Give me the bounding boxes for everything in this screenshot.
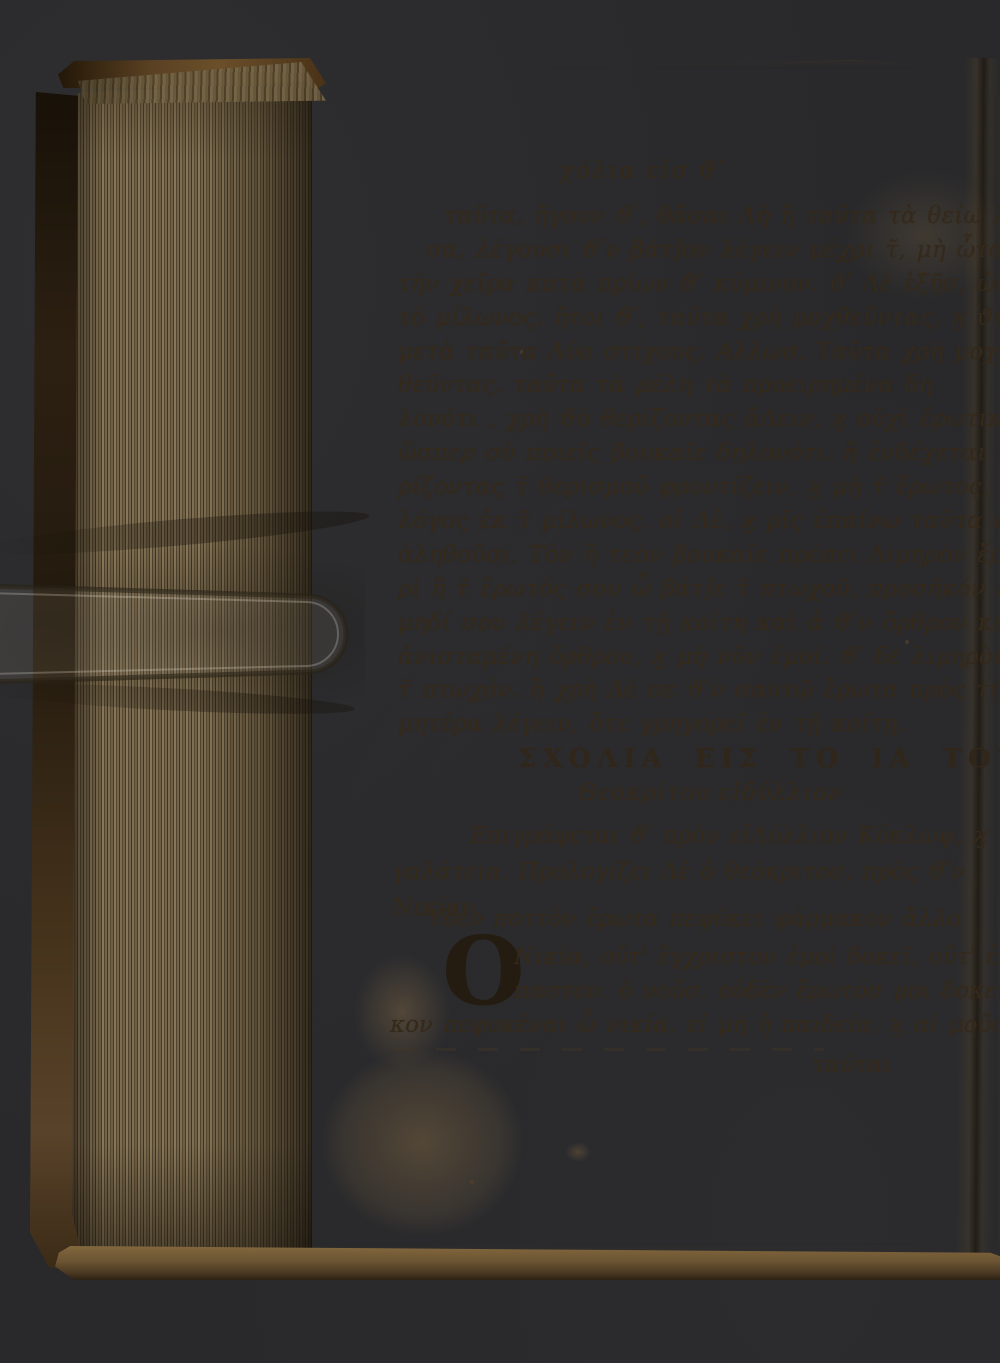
foxing-speck bbox=[470, 1180, 474, 1184]
text-line: τὸ μίλωνος. ἤτοι ϑʹ, ταῦτα χρὴ μοχθεῦντα… bbox=[398, 302, 1000, 336]
text-line: ταῦτα, ἤγουν ϑʹ, θᾶσαι Λὴ ἢ ταῦτα τὰ θεί… bbox=[398, 200, 1000, 234]
text-line: Νικία, οὔτ' ἔγχριστον ἐμοὶ δοκεῖ, οὔτ' ἐ… bbox=[514, 940, 1000, 974]
transparent-page-holder-clip bbox=[0, 540, 370, 740]
text-line: τὴν χεῖρα κατὰ πρίων ϑʹ κύμινον. ϑʹ Λὲ ἑ… bbox=[398, 268, 1000, 302]
section-subheading: Θεοκρίτου εἰδύλλιον bbox=[578, 780, 843, 806]
text-line: Επιγράφεται ϑʹ πρὸν εἰΛύλλιον Κύκλωψ, ϗ bbox=[392, 818, 988, 854]
text-line: μητέρα λέγειν, ὅτε γρηγορεῖ ἐν τῇ κοίτῃ. bbox=[398, 708, 1000, 742]
text-line: ἀληθοῦσι. Τὸν ἢ τεὸν βουκαῖε πρέπει Λιμη… bbox=[398, 539, 1000, 573]
text-line: θεῦντας. ταῦτα τὰ μέλη τὰ προειρημένα δη bbox=[398, 369, 1000, 403]
text-line: γαλάτεια. Προλογίζει Λὲ ὁ θεόκριτοσ, πρὸ… bbox=[392, 854, 988, 890]
clip-outline bbox=[0, 586, 346, 682]
text-line: παστον. ὁ νοῦσ. οὐδὲν ἔρωτόσ μοι δοκεῖ φ… bbox=[514, 974, 1000, 1008]
text-line: σα, λέγουσι ϑʹν βάτ]ον λέγειν μέχρι τ̃, … bbox=[398, 234, 1000, 268]
text-line: ρίζοντας τ̃ θερισμοῦ φροντίζειν, ϗ μὴ τ̃… bbox=[398, 471, 1000, 505]
text-line: ρὶ ἢ τ̃ ἔρωτός σου ὦ βάτ]ε τ̃ πτωχοῦ, πρ… bbox=[398, 573, 1000, 607]
text-line: μετὰ ταῦτα Λύο στίχους. Αλλωσ. Ταῦτα χρὴ… bbox=[398, 336, 1000, 370]
running-header: χόλια εἰσ ϑʹ bbox=[560, 158, 725, 184]
text-line: λόγος ἐκ τ̃ μίλωνος. οἱ Λὲ, ϗ ρῖς ἐπαίνω… bbox=[398, 505, 1000, 539]
bottom-board-edge bbox=[55, 1246, 1000, 1280]
text-line: μηδί σου λέγειν ἐν τῇ κοίτη καὶ ἀ ϑʹν ὄρ… bbox=[398, 607, 1000, 641]
scholia-body-text: ταῦτα, ἤγουν ϑʹ, θᾶσαι Λὴ ἢ ταῦτα τὰ θεί… bbox=[398, 200, 1000, 742]
verse-indented-lines: Νικία, οὔτ' ἔγχριστον ἐμοὶ δοκεῖ, οὔτ' ἐ… bbox=[514, 940, 1000, 1008]
verse-full-line: κον πεφυκέναι ὦ νικία, εἰ μὴ ἡ παιδεία, … bbox=[390, 1012, 1000, 1038]
section-heading: ΣΧΟΛΙΑ ΕΙΣ ΤΟ ΙΑ ΤΟΥ bbox=[518, 744, 1000, 774]
ink-showthrough-dashes bbox=[394, 1048, 824, 1051]
text-line: ὥσπερ σὺ ποιεῖς βουκαῖε δηλονότι. ἢ ἐνδέ… bbox=[398, 437, 1000, 471]
book-photograph: χόλια εἰσ ϑʹ ταῦτα, ἤγουν ϑʹ, θᾶσαι Λὴ ἢ… bbox=[0, 0, 1000, 1363]
catchword: ταύται bbox=[812, 1052, 892, 1078]
text-line: τ̃ πτωχόν. ἢ χρὴ Λέ σε ϑʹν σαυτῷ ἔρωτα π… bbox=[398, 674, 1000, 708]
text-line: ἀνισταμένη ὄρθρου, ϗ μὴ νῦν ἐμοί. ϑʹ δὲ … bbox=[398, 641, 1000, 675]
dropcap-initial-O: O bbox=[442, 938, 525, 1006]
text-line: λονότι , χρὴ ϑὺ θερίζοντας ἄΛειν, ϗ οὐχὶ… bbox=[398, 403, 1000, 437]
